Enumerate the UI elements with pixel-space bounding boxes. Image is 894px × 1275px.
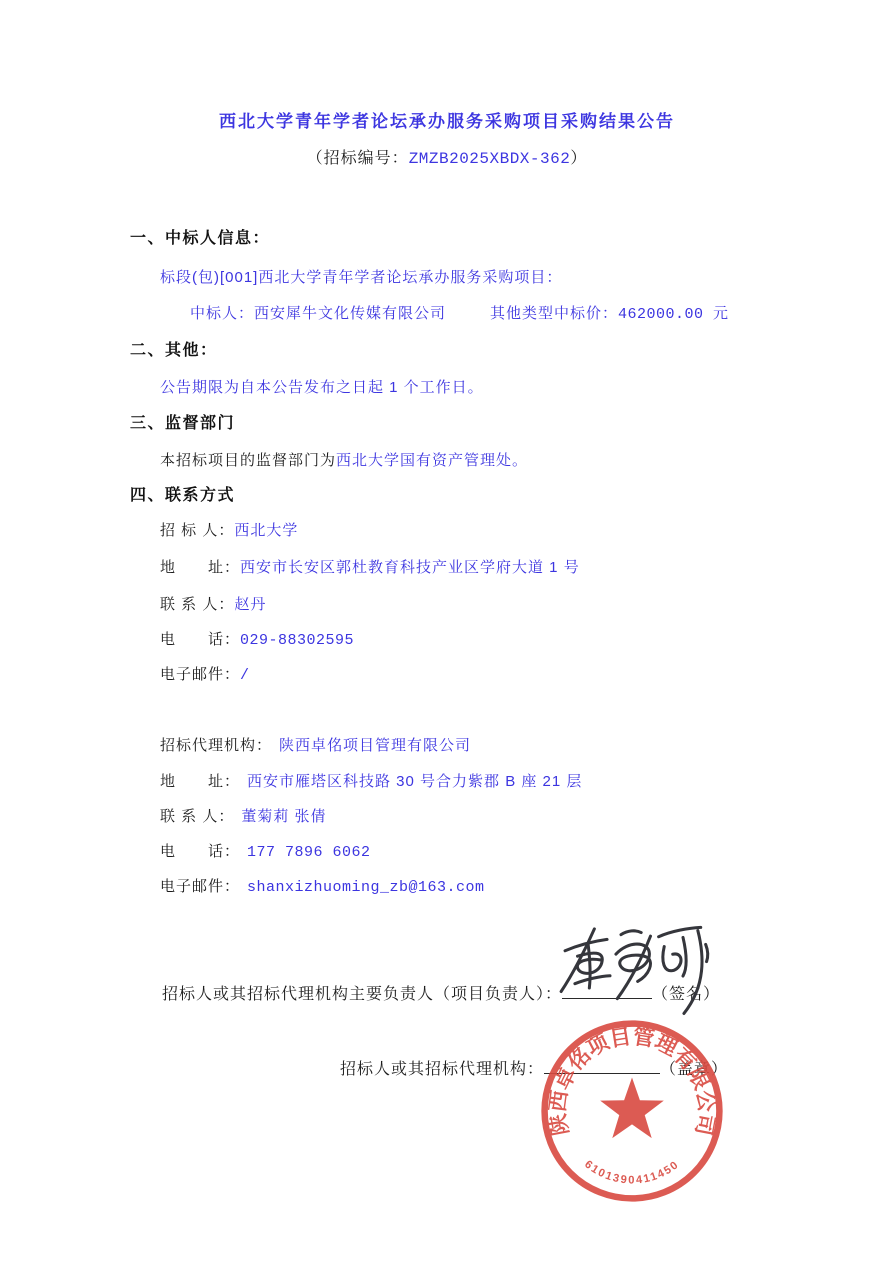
- page-title: 西北大学青年学者论坛承办服务采购项目采购结果公告: [0, 112, 894, 132]
- tenderer-contact-label: 联 系 人：: [160, 596, 234, 613]
- leader-sign-label: 招标人或其招标代理机构主要负责人（项目负责人）：: [162, 986, 562, 1003]
- lot-line: 标段(包)[001]西北大学青年学者论坛承办服务采购项目：: [160, 268, 562, 288]
- agency-name-row: 招标代理机构：陕西卓佲项目管理有限公司: [160, 736, 471, 756]
- agency-contact-value: 董菊莉 张倩: [241, 808, 326, 825]
- agency-contact-label: 联 系 人：: [160, 808, 234, 825]
- section-2-heading: 二、其他：: [130, 341, 218, 361]
- agency-name-label: 招标代理机构：: [160, 737, 272, 754]
- section-3-heading: 三、监督部门: [130, 414, 235, 434]
- tender-number-line: （招标编号：ZMZB2025XBDX-362）: [0, 149, 894, 169]
- winner-name: 西安犀牛文化传媒有限公司: [254, 305, 446, 322]
- tenderer-phone-row: 电 话：029-88302595: [160, 630, 354, 651]
- agency-phone-row: 电 话：177 7896 6062: [160, 842, 371, 863]
- subtitle-suffix: ）: [570, 150, 587, 167]
- tenderer-name-label: 招 标 人：: [160, 522, 234, 539]
- price-value: 462000.00 元: [618, 306, 729, 323]
- org-seal-label: 招标人或其招标代理机构：: [340, 1061, 544, 1078]
- agency-name-value: 陕西卓佲项目管理有限公司: [279, 737, 471, 754]
- tenderer-contact-row: 联 系 人：赵丹: [160, 595, 266, 615]
- agency-address-row: 地 址：西安市雁塔区科技路 30 号合力紫郡 B 座 21 层: [160, 772, 582, 792]
- tenderer-phone-value: 029-88302595: [240, 632, 354, 649]
- agency-email-label: 电子邮件：: [160, 878, 240, 895]
- tenderer-address-label: 地 址：: [160, 559, 240, 576]
- tenderer-phone-label: 电 话：: [160, 631, 240, 648]
- agency-address-label: 地 址：: [160, 773, 240, 790]
- section-1-heading: 一、中标人信息：: [130, 229, 270, 249]
- price-label: 其他类型中标价：: [490, 305, 618, 322]
- tenderer-contact-value: 赵丹: [234, 596, 266, 613]
- tenderer-address-row: 地 址：西安市长安区郭杜教育科技产业区学府大道 1 号: [160, 558, 580, 578]
- section-4-heading: 四、联系方式: [130, 486, 235, 506]
- tenderer-email-value: /: [240, 667, 250, 684]
- tenderer-name-row: 招 标 人：西北大学: [160, 521, 298, 541]
- winner-line: 中标人：西安犀牛文化传媒有限公司其他类型中标价：462000.00 元: [190, 304, 729, 325]
- supervision-line: 本招标项目的监督部门为西北大学国有资产管理处。: [160, 451, 528, 471]
- notice-period-line: 公告期限为自本公告发布之日起 1 个工作日。: [160, 378, 484, 398]
- tenderer-name-value: 西北大学: [234, 522, 298, 539]
- tenderer-address-value: 西安市长安区郭杜教育科技产业区学府大道 1 号: [240, 559, 580, 576]
- tenderer-email-row: 电子邮件：/: [160, 665, 250, 686]
- supervision-dept: 西北大学国有资产管理处。: [336, 452, 528, 469]
- agency-phone-label: 电 话：: [160, 843, 240, 860]
- agency-address-value: 西安市雁塔区科技路 30 号合力紫郡 B 座 21 层: [247, 773, 582, 790]
- tender-number: ZMZB2025XBDX-362: [409, 150, 571, 168]
- agency-email-row: 电子邮件：shanxizhuoming_zb@163.com: [160, 877, 485, 898]
- handwritten-signature: [549, 912, 716, 1028]
- stamp-number-text: 6101390411450: [582, 1158, 682, 1186]
- winner-label: 中标人：: [190, 305, 254, 322]
- subtitle-prefix: （招标编号：: [307, 150, 409, 167]
- agency-contact-row: 联 系 人：董菊莉 张倩: [160, 807, 327, 827]
- company-stamp: 陕西卓佲项目管理有限公司 6101390411450: [539, 1018, 725, 1204]
- supervision-prefix: 本招标项目的监督部门为: [160, 452, 336, 469]
- tenderer-email-label: 电子邮件：: [160, 666, 240, 683]
- stamp-star-icon: [600, 1078, 664, 1139]
- document-page: 西北大学青年学者论坛承办服务采购项目采购结果公告 （招标编号：ZMZB2025X…: [0, 0, 894, 1275]
- agency-phone-value: 177 7896 6062: [247, 844, 371, 861]
- stamp-number-textpath: 6101390411450: [582, 1158, 682, 1186]
- agency-email-value: shanxizhuoming_zb@163.com: [247, 879, 485, 896]
